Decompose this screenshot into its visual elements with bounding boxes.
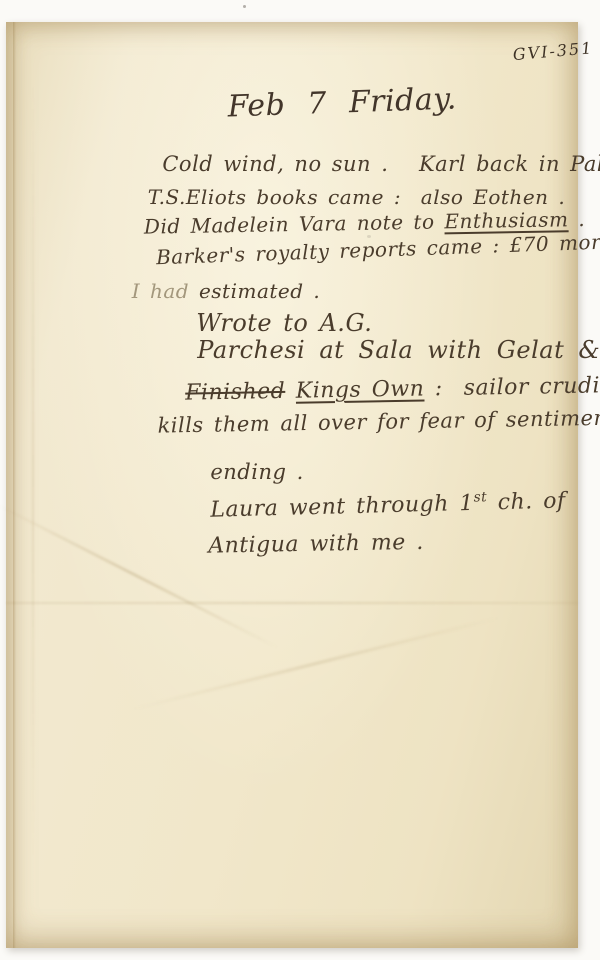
paper-crease bbox=[6, 602, 578, 604]
diary-line-9: kills them all over for fear of sentimen… bbox=[137, 381, 600, 438]
date-heading: Feb 7 Friday. bbox=[182, 46, 457, 125]
text-segment: ch. of bbox=[487, 488, 566, 515]
text-segment: GVI-351 bbox=[512, 38, 594, 64]
paper-crease bbox=[32, 82, 34, 860]
dust-speck bbox=[243, 5, 246, 8]
archive-code: GVI-351 bbox=[490, 19, 594, 66]
diary-line-12: Antigua with me . bbox=[187, 505, 424, 559]
paper-crease bbox=[13, 22, 16, 948]
paper-crease bbox=[131, 616, 500, 711]
superscript-text: st bbox=[473, 489, 487, 505]
text-segment: Antigua with me . bbox=[208, 530, 424, 559]
scanned-page: { "document": { "kind": "handwritten dia… bbox=[0, 0, 600, 960]
